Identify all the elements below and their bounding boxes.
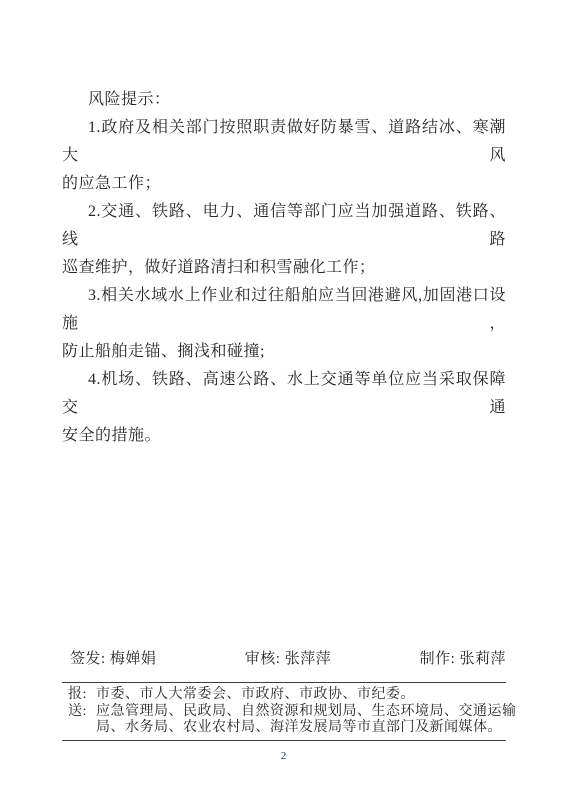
signature-row: 签发: 梅婵娟 审核: 张萍萍 制作: 张莉萍 <box>62 649 506 670</box>
body-line-2: 的应急工作； <box>62 170 506 198</box>
report-to-row: 报: 市委、市人大常委会、市政府、市政协、市纪委。 <box>62 687 506 704</box>
report-to-list: 市委、市人大常委会、市政府、市政协、市纪委。 <box>96 687 506 704</box>
page-number: 2 <box>0 750 567 762</box>
body-line-8: 安全的措施。 <box>62 422 506 450</box>
body-line-7: 4.机场、铁路、高速公路、水上交通等单位应当采取保障交通 <box>62 366 506 422</box>
reviewer-field: 审核: 张萍萍 <box>245 649 331 670</box>
body-line-3: 2.交通、铁路、电力、通信等部门应当加强道路、铁路、线路 <box>62 198 506 254</box>
risk-notice-heading: 风险提示： <box>62 86 506 114</box>
risk-notice-body: 风险提示： 1.政府及相关部门按照职责做好防暴雪、道路结冰、寒潮大风 的应急工作… <box>62 86 506 450</box>
distribution-block: 报: 市委、市人大常委会、市政府、市政协、市纪委。 送: 应急管理局、民政局、自… <box>62 682 506 741</box>
producer-field: 制作: 张莉萍 <box>420 649 506 670</box>
send-to-line-1: 应急管理局、民政局、自然资源和规划局、生态环境局、交通运输 <box>96 704 517 721</box>
send-to-list: 应急管理局、民政局、自然资源和规划局、生态环境局、交通运输 局、水务局、农业农村… <box>96 704 517 737</box>
issuer-field: 签发: 梅婵娟 <box>70 649 156 670</box>
body-line-4: 巡查维护，做好道路清扫和积雪融化工作； <box>62 254 506 282</box>
send-to-row: 送: 应急管理局、民政局、自然资源和规划局、生态环境局、交通运输 局、水务局、农… <box>62 704 506 737</box>
body-line-6: 防止船舶走锚、搁浅和碰撞; <box>62 338 506 366</box>
report-to-label: 报: <box>62 687 96 704</box>
send-to-line-2: 局、水务局、农业农村局、海洋发展局等市直部门及新闻媒体。 <box>96 720 517 737</box>
body-line-5: 3.相关水域水上作业和过往船舶应当回港避风,加固港口设施， <box>62 282 506 338</box>
document-page: 风险提示： 1.政府及相关部门按照职责做好防暴雪、道路结冰、寒潮大风 的应急工作… <box>0 0 567 794</box>
send-to-label: 送: <box>62 704 96 737</box>
body-line-1: 1.政府及相关部门按照职责做好防暴雪、道路结冰、寒潮大风 <box>62 114 506 170</box>
